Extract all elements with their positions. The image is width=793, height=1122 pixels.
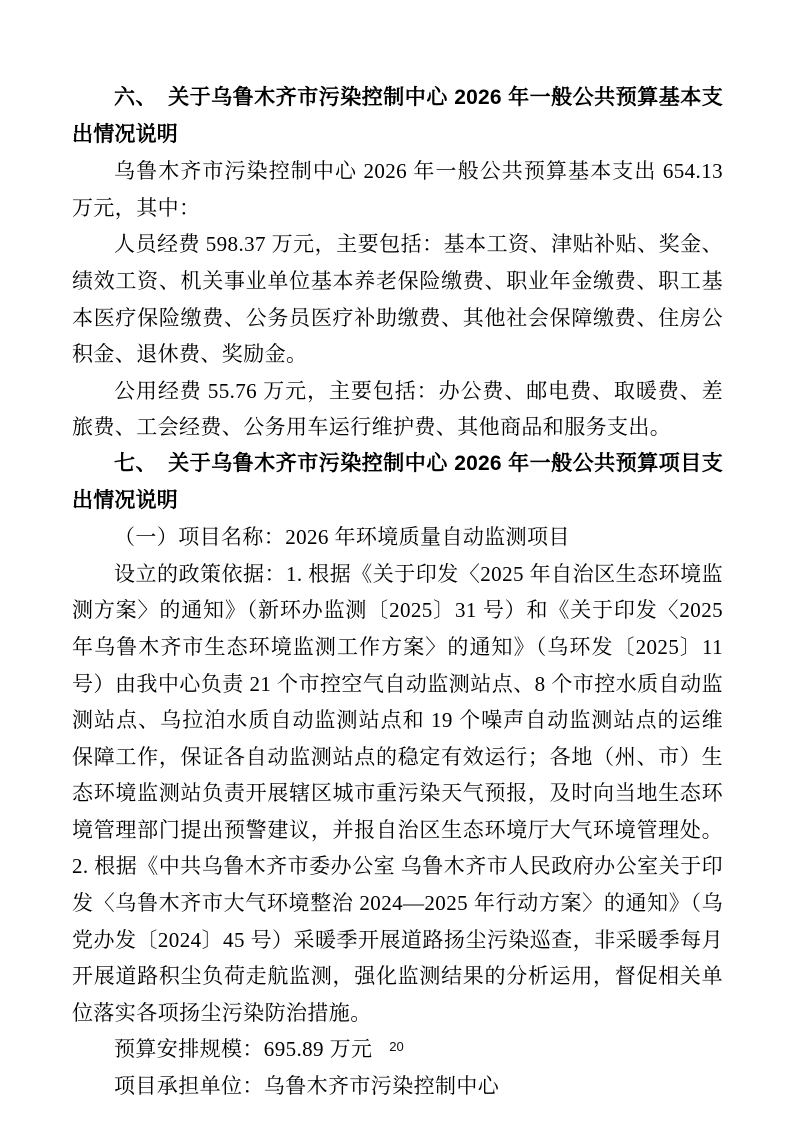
para-undertaking-unit: 项目承担单位：乌鲁木齐市污染控制中心 <box>72 1068 723 1105</box>
document-body: 六、 关于乌鲁木齐市污染控制中心 2026 年一般公共预算基本支出情况说明 乌鲁… <box>72 80 723 1105</box>
para-policy-basis: 设立的政策依据：1. 根据《关于印发〈2025 年自治区生态环境监测方案〉的通知… <box>72 556 723 1032</box>
section-seven-heading: 七、 关于乌鲁木齐市污染控制中心 2026 年一般公共预算项目支出情况说明 <box>72 446 723 519</box>
para-project-name: （一）项目名称：2026 年环境质量自动监测项目 <box>72 519 723 556</box>
document-page: 六、 关于乌鲁木齐市污染控制中心 2026 年一般公共预算基本支出情况说明 乌鲁… <box>0 0 793 1122</box>
para-public-expenses: 公用经费 55.76 万元，主要包括：办公费、邮电费、取暖费、差旅费、工会经费、… <box>72 373 723 446</box>
para-basic-expenditure-total: 乌鲁木齐市污染控制中心 2026 年一般公共预算基本支出 654.13 万元，其… <box>72 153 723 226</box>
para-personnel-expenses: 人员经费 598.37 万元，主要包括：基本工资、津贴补贴、奖金、绩效工资、机关… <box>72 226 723 372</box>
section-six-heading: 六、 关于乌鲁木齐市污染控制中心 2026 年一般公共预算基本支出情况说明 <box>72 80 723 153</box>
page-number: 20 <box>0 1039 793 1054</box>
